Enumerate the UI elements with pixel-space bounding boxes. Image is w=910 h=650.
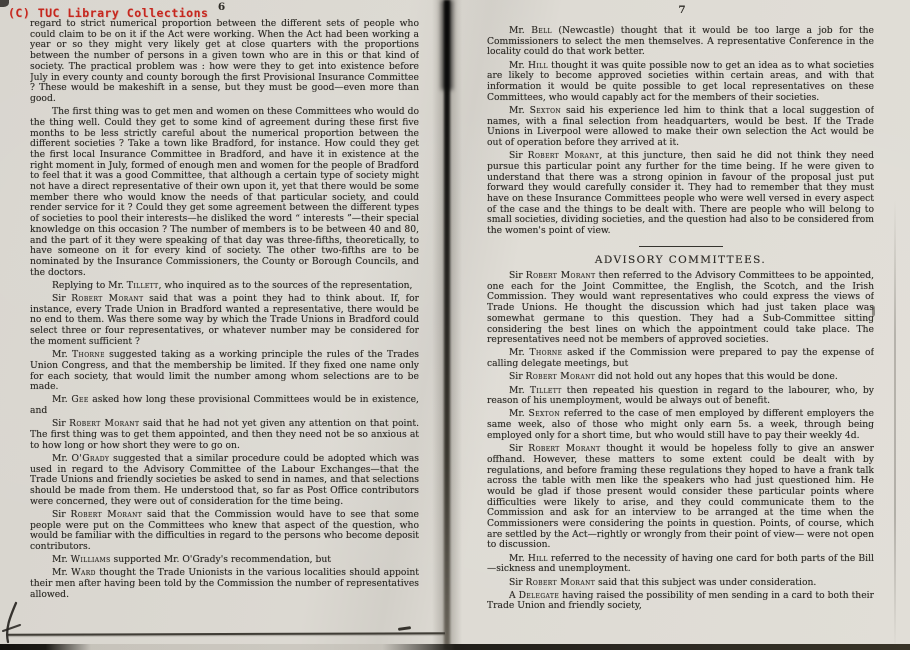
- gutter-fold-line: [444, 0, 450, 650]
- speaker-name: Bell: [531, 26, 552, 36]
- paragraph: Sir Robert Morant did not hold out any h…: [487, 372, 874, 383]
- paragraph: Mr. Thorne asked if the Commission were …: [487, 348, 874, 369]
- paragraph: A Delegate having raised the possibility…: [487, 591, 874, 612]
- page-6-text: regard to strict numerical proportion be…: [30, 19, 419, 647]
- speaker-name: Robert Morant: [526, 577, 596, 588]
- section-heading: ADVISORY COMMITTEES.: [487, 254, 874, 266]
- speaker-name: Robert Morant: [528, 150, 600, 161]
- page-7-text: Mr. Bell (Newcastle) thought that it wou…: [487, 26, 874, 646]
- speaker-name: Thorne: [72, 349, 105, 360]
- paragraph: Sir Robert Morant thought it would be ho…: [487, 444, 874, 551]
- speaker-name: Sexton: [529, 408, 561, 419]
- paragraph: Mr. O'Grady suggested that a similar pro…: [30, 454, 419, 508]
- speaker-name: Thorne: [530, 347, 563, 358]
- speaker-name: Sexton: [530, 105, 562, 116]
- paragraph: Mr. Gee asked how long these provisional…: [30, 395, 419, 416]
- speaker-name: Robert Morant: [526, 270, 596, 281]
- speaker-name: Hill: [528, 60, 548, 71]
- right-page-edge-crease: [894, 200, 896, 650]
- paragraph: Sir Robert Morant said that this subject…: [487, 578, 874, 589]
- speaker-name: Hill: [528, 553, 548, 564]
- paragraph: Sir Robert Morant said that the Commissi…: [30, 510, 419, 553]
- paragraph: Mr. Tillett then repeated his question i…: [487, 386, 874, 407]
- speaker-name: Tillett: [530, 385, 562, 396]
- speaker-name: Robert Morant: [71, 509, 143, 520]
- paragraph: Mr. Hill referred to the necessity of ha…: [487, 554, 874, 575]
- paragraph: Mr. Hill thought it was quite possible n…: [487, 61, 874, 104]
- pen-mark: [0, 600, 26, 648]
- scan-speck: [872, 306, 875, 316]
- paragraph: Mr. Thorne suggested taking as a working…: [30, 350, 419, 393]
- speaker-name: Robert Morant: [526, 371, 596, 382]
- paragraph: The first thing was to get men and women…: [30, 107, 419, 278]
- paragraph: Mr. Bell (Newcastle) thought that it wou…: [487, 26, 874, 58]
- paragraph: regard to strict numerical proportion be…: [30, 19, 419, 105]
- speaker-name: Gee: [71, 394, 88, 405]
- page-number-left: 6: [0, 1, 443, 13]
- speaker-name: Robert Morant: [71, 293, 143, 304]
- paragraph: Sir Robert Morant said that he had not y…: [30, 419, 419, 451]
- paragraph: Sir Robert Morant then referred to the A…: [487, 271, 874, 346]
- paragraph: Mr. Sexton said his experience led him t…: [487, 106, 874, 149]
- paragraph: Mr. Sexton referred to the case of men e…: [487, 409, 874, 441]
- paragraph: Sir Robert Morant, at this juncture, the…: [487, 151, 874, 237]
- book-spread: (C) TUC Library Collections 6 7 regard t…: [0, 0, 910, 650]
- gutter-top-shadow: [441, 0, 453, 90]
- section-divider: [639, 246, 723, 247]
- paragraph: Replying to Mr. Tillett, who inquired as…: [30, 281, 419, 292]
- page-number-right: 7: [467, 4, 897, 16]
- paragraph: Mr. Williams supported Mr. O'Grady's rec…: [30, 555, 419, 566]
- paragraph: Mr. Ward thought the Trade Unionists in …: [30, 568, 419, 600]
- speaker-name: Robert Morant: [69, 418, 139, 429]
- speaker-name: O'Grady: [71, 453, 109, 464]
- scan-bottom-edge: [0, 644, 910, 650]
- speaker-name: Robert Morant: [528, 443, 600, 454]
- speaker-name: Tillett: [127, 280, 159, 291]
- speaker-name: Ward: [71, 567, 96, 578]
- paragraph: Sir Robert Morant said that was a point …: [30, 294, 419, 348]
- speaker-name: Williams: [71, 554, 111, 565]
- speaker-name: Delegate: [519, 590, 560, 601]
